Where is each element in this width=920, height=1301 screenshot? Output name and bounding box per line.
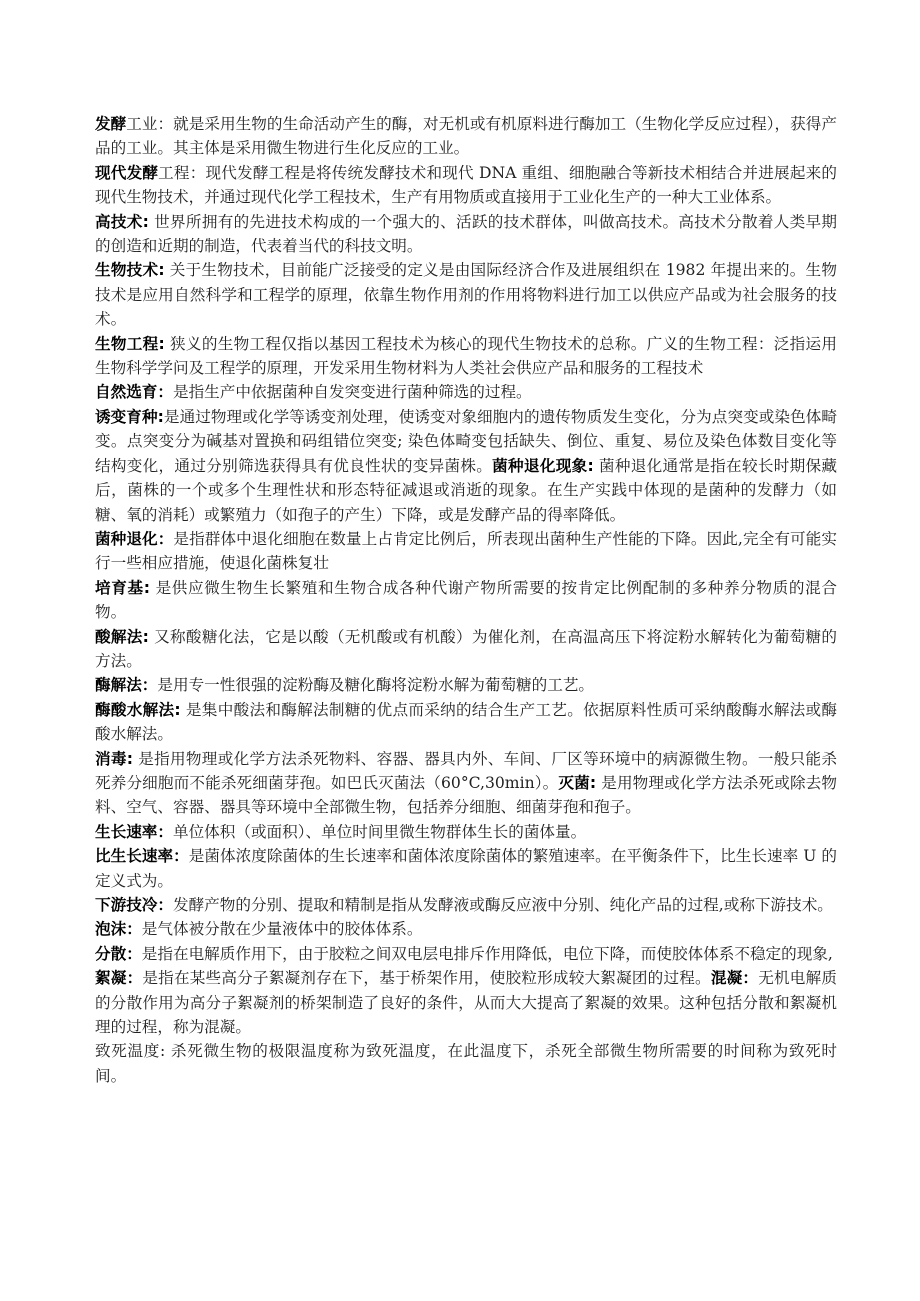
paragraph-fermentation-industry: 发酵工业：就是采用生物的生命活动产生的酶，对无机或有机原料进行酶加工（生物化学反… <box>95 112 837 161</box>
paragraph-specific-growth-rate: 比生长速率：是菌体浓度除菌体的生长速率和菌体浓度除菌体的繁殖速率。在平衡条件下，… <box>95 844 837 893</box>
term-label: 生物工程: <box>95 335 165 353</box>
term-label: 发酵 <box>95 115 126 133</box>
term-label: 生物技术: <box>95 261 165 279</box>
document-page: 发酵工业：就是采用生物的生命活动产生的酶，对无机或有机原料进行酶加工（生物化学反… <box>95 112 837 1088</box>
term-label: 絮凝： <box>95 969 142 987</box>
definition-text: 是供应微生物生长繁殖和生物合成各种代谢产物所需要的按肯定比例配制的多种养分物质的… <box>95 579 837 621</box>
paragraph-growth-rate: 生长速率：单位体积（或面积）、单位时间里微生物群体生长的菌体量。 <box>95 820 837 844</box>
definition-text: 是菌体浓度除菌体的生长速率和菌体浓度除菌体的繁殖速率。在平衡条件下，比生长速率 … <box>95 847 837 889</box>
term-label: 培育基: <box>95 579 150 597</box>
definition-text: 工程：现代发酵工程是将传统发酵技术和现代 DNA 重组、细胞融合等新技术相结合并… <box>95 164 837 206</box>
term-label: 消毒: <box>95 750 133 768</box>
term-label: 诱变育种: <box>95 408 164 426</box>
paragraph-foam: 泡沫：是气体被分散在少量液体中的胶体体系。 <box>95 917 837 941</box>
definition-text: 是指在电解质作用下，由于胶粒之间双电层电排斥作用降低，电位下降，而使胶体体系不稳… <box>142 945 833 963</box>
paragraph-mutation-breeding: 诱变育种:是通过物理或化学等诱变剂处理，使诱变对象细胞内的遗传物质发生变化，分为… <box>95 405 837 527</box>
paragraph-bioengineering: 生物工程: 狭义的生物工程仅指以基因工程技术为核心的现代生物技术的总称。广义的生… <box>95 332 837 381</box>
paragraph-downstream-technology: 下游技冷：发酵产物的分别、提取和精制是指从发酵液或酶反应液中分别、纯化产品的过程… <box>95 893 837 917</box>
term-label: 生长速率： <box>95 823 173 841</box>
term-label: 酶解法： <box>95 676 157 694</box>
term-label: 分散： <box>95 945 142 963</box>
definition-text: 是用专一性很强的淀粉酶及糖化酶将淀粉水解为葡萄糖的工艺。 <box>157 676 594 694</box>
term-label: 菌种退化现象: <box>492 457 594 475</box>
paragraph-enzymatic-hydrolysis: 酶解法：是用专一性很强的淀粉酶及糖化酶将淀粉水解为葡萄糖的工艺。 <box>95 673 837 697</box>
paragraph-modern-fermentation-engineering: 现代发酵工程：现代发酵工程是将传统发酵技术和现代 DNA 重组、细胞融合等新技术… <box>95 161 837 210</box>
paragraph-lethal-temperature: 致死温度: 杀死微生物的极限温度称为致死温度，在此温度下，杀死全部微生物所需要的… <box>95 1039 837 1088</box>
definition-text: 狭义的生物工程仅指以基因工程技术为核心的现代生物技术的总称。广义的生物工程：泛指… <box>95 335 837 377</box>
term-label: 菌种退化： <box>95 530 173 548</box>
term-label: 混凝： <box>711 969 758 987</box>
definition-text: 是指在某些高分子絮凝剂存在下，基于桥架作用，使胶粒形成较大絮凝团的过程。 <box>142 969 710 987</box>
paragraph-enzyme-acid-hydrolysis: 酶酸水解法: 是集中酸法和酶解法制糖的优点而采纳的结合生产工艺。依据原料性质可采… <box>95 698 837 747</box>
term-label: 高技术: <box>95 213 149 231</box>
term-label: 灭菌: <box>558 774 596 792</box>
term-label: 下游技冷： <box>95 896 173 914</box>
term-label: 酶酸水解法: <box>95 701 181 719</box>
definition-text: 是指生产中依据菌种自发突变进行菌种筛选的过程。 <box>173 383 532 401</box>
term-label: 泡沫： <box>95 920 142 938</box>
paragraph-natural-selection-breeding: 自然选育：是指生产中依据菌种自发突变进行菌种筛选的过程。 <box>95 380 837 404</box>
definition-text: 世界所拥有的先进技术构成的一个强大的、活跃的技术群体，叫做高技术。高技术分散着人… <box>95 213 837 255</box>
term-label: 自然选育： <box>95 383 173 401</box>
definition-text: 关于生物技术，目前能广泛接受的定义是由国际经济合作及进展组织在 1982 年提出… <box>95 261 837 328</box>
definition-text: 工业：就是采用生物的生命活动产生的酶，对无机或有机原料进行酶加工（生物化学反应过… <box>95 115 837 157</box>
paragraph-biotechnology: 生物技术: 关于生物技术，目前能广泛接受的定义是由国际经济合作及进展组织在 19… <box>95 258 837 331</box>
paragraph-flocculation: 絮凝：是指在某些高分子絮凝剂存在下，基于桥架作用，使胶粒形成较大絮凝团的过程。混… <box>95 966 837 1039</box>
paragraph-disinfection: 消毒: 是指用物理或化学方法杀死物料、容器、器具内外、车间、厂区等环境中的病源微… <box>95 747 837 820</box>
term-label: 酸解法: <box>95 628 149 646</box>
definition-text: 致死温度: 杀死微生物的极限温度称为致死温度，在此温度下，杀死全部微生物所需要的… <box>95 1042 837 1084</box>
term-label: 现代发酵 <box>95 164 158 182</box>
paragraph-strain-degeneration: 菌种退化：是指群体中退化细胞在数量上占肯定比例后，所表现出菌种生产性能的下降。因… <box>95 527 837 576</box>
term-label: 比生长速率： <box>95 847 189 865</box>
paragraph-dispersion: 分散：是指在电解质作用下，由于胶粒之间双电层电排斥作用降低，电位下降，而使胶体体… <box>95 942 837 966</box>
definition-text: 是气体被分散在少量液体中的胶体体系。 <box>142 920 423 938</box>
definition-text: 又称酸糖化法，它是以酸（无机酸或有机酸）为催化剂，在高温高压下将淀粉水解转化为葡… <box>95 628 837 670</box>
definition-text: 发酵产物的分别、提取和精制是指从发酵液或酶反应液中分别、纯化产品的过程,或称下游… <box>173 896 833 914</box>
paragraph-high-technology: 高技术: 世界所拥有的先进技术构成的一个强大的、活跃的技术群体，叫做高技术。高技… <box>95 210 837 259</box>
definition-text: 是集中酸法和酶解法制糖的优点而采纳的结合生产工艺。依据原料性质可采纳酸酶水解法或… <box>95 701 837 743</box>
definition-text: 是指群体中退化细胞在数量上占肯定比例后，所表现出菌种生产性能的下降。因此,完全有… <box>95 530 837 572</box>
paragraph-culture-medium: 培育基: 是供应微生物生长繁殖和生物合成各种代谢产物所需要的按肯定比例配制的多种… <box>95 576 837 625</box>
definition-text: 单位体积（或面积）、单位时间里微生物群体生长的菌体量。 <box>173 823 586 841</box>
paragraph-acid-hydrolysis: 酸解法: 又称酸糖化法，它是以酸（无机酸或有机酸）为催化剂，在高温高压下将淀粉水… <box>95 625 837 674</box>
